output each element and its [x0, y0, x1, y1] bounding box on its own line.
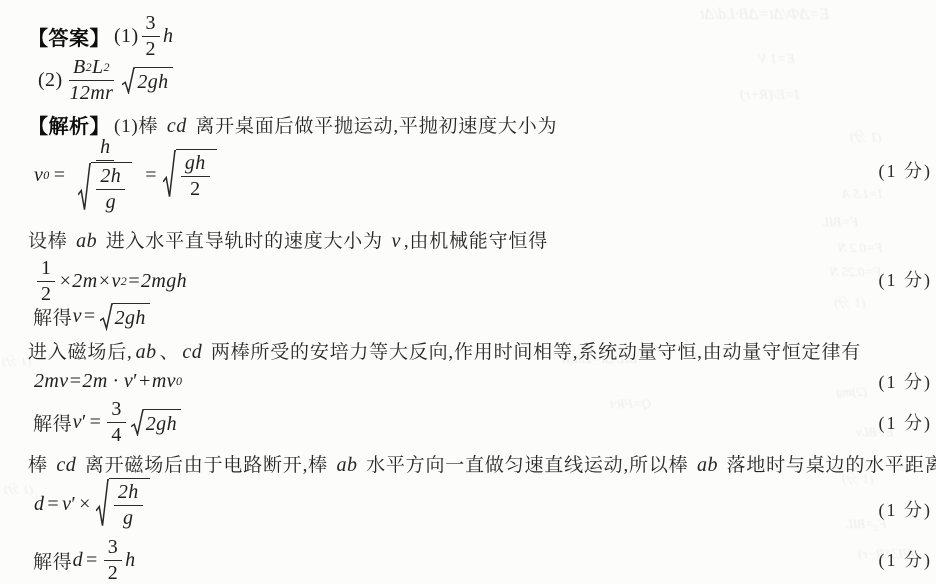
text-segment: 落地时与桌边的水平距离为	[721, 455, 936, 476]
variable-h: h	[125, 549, 135, 572]
text-segment: 离开桌面后做平抛运动,平抛初速度大小为	[190, 116, 558, 137]
times-sign: ×	[79, 493, 91, 516]
distance-formula: d = v′ × 2h g	[34, 478, 152, 530]
solve-v-line: 解得 v = 2gh	[33, 303, 152, 331]
variable-d: d	[73, 549, 83, 572]
bleed-through-text: E=ΔΦ/Δt=ΔB·Ld/Δt	[700, 6, 830, 24]
radical-icon	[131, 409, 144, 437]
square-root: 2gh	[131, 409, 181, 437]
fraction-denominator: g	[102, 190, 120, 214]
formula-distance: d = v′ × 2h g	[34, 478, 152, 530]
magnet-line: 进入磁场后,ab、cd 两棒所受的安培力等大反向,作用时间相等,系统动量守恒,由…	[28, 337, 861, 364]
square-root: 2h g	[96, 478, 150, 530]
equals-sign: =	[86, 549, 98, 572]
bleed-through-text: (1 分)	[2, 352, 31, 369]
exponent: 2	[104, 61, 110, 75]
radical-icon	[122, 67, 135, 95]
inner-fraction: 2h g	[114, 481, 143, 530]
text-segment: 、	[160, 342, 180, 363]
radical-icon	[100, 303, 113, 331]
radicand: 2gh	[135, 67, 172, 95]
radicand: gh 2	[176, 149, 217, 201]
variable-cd: cd	[56, 454, 76, 476]
bleed-through-text: E=1 V	[758, 52, 795, 68]
fraction: 1 2	[37, 257, 55, 306]
text-segment: 水平方向一直做匀速直线运动,所以棒	[361, 455, 694, 476]
radical-icon	[96, 478, 109, 530]
variable-ab: ab	[136, 341, 157, 363]
inner-fraction: gh 2	[181, 152, 210, 201]
fraction-denominator: 12mr	[66, 81, 118, 105]
score-mark: (1 分)	[879, 157, 933, 183]
radicand: 2gh	[113, 303, 150, 331]
bleed-through-text: (1 分)	[850, 126, 881, 145]
magnet-text: 进入磁场后,ab、cd 两棒所受的安培力等大反向,作用时间相等,系统动量守恒,由…	[28, 337, 861, 364]
solve-vprime-formula: v′ = 3 4 2gh	[73, 398, 183, 447]
fraction-denominator: 4	[107, 423, 125, 447]
variable-cd: cd	[167, 115, 187, 137]
prime-mark: ′	[82, 411, 87, 434]
variable-v: v	[34, 164, 43, 187]
fraction-denominator: g	[119, 506, 137, 530]
radical-icon	[163, 149, 176, 201]
setup-text: 设棒 ab 进入水平直导轨时的速度大小为 v,由机械能守恒得	[28, 226, 548, 253]
fraction: 3 4	[107, 398, 125, 447]
fraction: 3 2	[104, 536, 122, 584]
fraction-numerator: 2h	[114, 481, 143, 506]
variable-L: L	[92, 56, 104, 79]
variable-B: B	[73, 56, 86, 79]
solve-d-formula: d = 3 2 h	[73, 536, 136, 584]
analysis-label: 【解析】	[28, 110, 110, 139]
fraction-numerator: 2h	[96, 165, 125, 190]
answer-part2-formula: (2) B2L2 12mr 2gh	[38, 56, 175, 105]
solve-v-formula: v = 2gh	[73, 303, 152, 331]
subscript-0: 0	[176, 374, 182, 389]
score-mark: (1 分)	[879, 496, 933, 522]
text-segment: 进入磁场后,	[28, 342, 133, 363]
subscript-0: 0	[43, 168, 49, 183]
equals-sign: =	[90, 411, 102, 434]
fraction-denominator: 2h g	[72, 161, 138, 214]
solve-label: 解得	[33, 547, 73, 574]
setup-line: 设棒 ab 进入水平直导轨时的速度大小为 v,由机械能守恒得	[28, 226, 548, 253]
fraction: 3 2	[142, 12, 160, 61]
bleed-through-text: I=1.5 A	[842, 186, 882, 202]
formula-segment: +mv	[138, 370, 176, 393]
text-segment: (1)棒	[114, 116, 164, 137]
solve-d-line: 解得 d = 3 2 h	[33, 536, 136, 584]
text-segment: 进入水平直导轨时的速度大小为	[100, 231, 388, 252]
square-root: 2h g	[78, 162, 132, 214]
fraction-numerator: h	[96, 136, 114, 161]
radicand: 2h g	[109, 478, 150, 530]
text-segment: ,由机械能守恒得	[404, 231, 548, 252]
fraction-numerator: gh	[181, 152, 210, 177]
bleed-through-text: F=BIL	[822, 214, 858, 230]
solve-label: 解得	[33, 409, 73, 436]
formula-v0: v0 = h 2h g =	[34, 136, 219, 214]
variable-v: v	[73, 411, 82, 434]
leave-text: 棒 cd 离开磁场后由于电路断开,棒 ab 水平方向一直做匀速直线运动,所以棒 …	[28, 450, 936, 477]
equals-sign: =	[84, 305, 96, 328]
variable-ab: ab	[697, 454, 718, 476]
square-root: 2gh	[122, 67, 172, 95]
score-mark: (1 分)	[879, 409, 933, 435]
radicand: 2gh	[144, 409, 181, 437]
fraction-denominator: 2	[186, 177, 204, 201]
bleed-through-text: (2)mg	[836, 384, 867, 400]
score-mark: (1 分)	[879, 368, 933, 394]
bleed-through-text: Q=I²R·t	[610, 396, 651, 412]
variable-cd: cd	[182, 341, 202, 363]
solve-vprime-line: 解得 v′ = 3 4 2gh	[33, 398, 183, 447]
part2-number: (2)	[38, 69, 63, 92]
formula-segment: 2mv=2m · v	[34, 370, 133, 393]
equals-sign: =	[145, 164, 157, 187]
square-root: gh 2	[163, 149, 217, 201]
solve-label: 解得	[33, 303, 73, 330]
formula-momentum: 2mv=2m · v′+mv0	[34, 370, 182, 393]
variable-h: h	[163, 25, 173, 48]
answer-label: 【答案】	[28, 22, 110, 51]
answer-line-2: (2) B2L2 12mr 2gh	[38, 56, 175, 105]
equals-sign: =	[54, 164, 66, 187]
text-segment: 棒	[28, 455, 53, 476]
score-mark: (1 分)	[879, 546, 933, 572]
document-page: E=ΔΦ/Δt=ΔB·Ld/ΔtE=1 VI=E/(R+r)(1 分)I=1.5…	[0, 0, 936, 584]
formula-segment: ×2m×v	[58, 270, 120, 293]
square-root: 2gh	[100, 303, 150, 331]
leave-line: 棒 cd 离开磁场后由于电路断开,棒 ab 水平方向一直做匀速直线运动,所以棒 …	[28, 450, 936, 477]
part1-number: (1)	[114, 25, 139, 48]
text-segment: 离开磁场后由于电路断开,棒	[79, 455, 333, 476]
inner-fraction: 2h g	[96, 165, 125, 214]
fraction-numerator: 1	[37, 257, 55, 282]
intro-text: (1)棒 cd 离开桌面后做平抛运动,平抛初速度大小为	[114, 111, 557, 138]
formula-energy: 1 2 ×2m×v2=2mgh	[34, 257, 187, 306]
text-segment: 设棒	[28, 231, 73, 252]
v0-formula: v0 = h 2h g =	[34, 136, 219, 214]
variable-ab: ab	[76, 230, 97, 252]
variable-ab: ab	[337, 454, 358, 476]
fraction-numerator: 3	[107, 398, 125, 423]
answer-part1-formula: (1) 3 2 h	[114, 12, 173, 61]
fraction-numerator: B2L2	[69, 56, 114, 81]
variable-d: d	[34, 493, 44, 516]
text-segment: 两棒所受的安培力等大反向,作用时间相等,系统动量守恒,由动量守恒定律有	[205, 342, 861, 363]
formula-segment: =2mgh	[127, 270, 187, 293]
bleed-through-text: F=0.25 N	[830, 264, 881, 280]
bleed-through-text: I=E/(R+r)	[740, 88, 799, 104]
score-mark: (1 分)	[879, 266, 933, 292]
fraction: h 2h g	[72, 136, 138, 214]
variable-v: v	[391, 230, 400, 252]
analysis-intro-line: 【解析】 (1)棒 cd 离开桌面后做平抛运动,平抛初速度大小为	[28, 110, 557, 139]
fraction: B2L2 12mr	[66, 56, 118, 105]
bleed-through-text: (1 分)	[834, 292, 865, 311]
momentum-formula: 2mv=2m · v′+mv0	[34, 370, 182, 393]
radicand: 2h g	[91, 162, 132, 214]
energy-formula: 1 2 ×2m×v2=2mgh	[34, 257, 187, 306]
answer-line-1: 【答案】 (1) 3 2 h	[28, 12, 173, 61]
fraction-denominator: 2	[104, 561, 122, 584]
prime-mark: ′	[71, 493, 76, 516]
fraction-numerator: 3	[142, 12, 160, 37]
variable-v: v	[73, 305, 82, 328]
variable-v: v	[62, 493, 71, 516]
bleed-through-text: (1 分)	[4, 480, 33, 497]
radical-icon	[78, 162, 91, 214]
fraction-numerator: 3	[104, 536, 122, 561]
bleed-through-text: F=0.2 N	[838, 240, 883, 256]
equals-sign: =	[47, 493, 59, 516]
